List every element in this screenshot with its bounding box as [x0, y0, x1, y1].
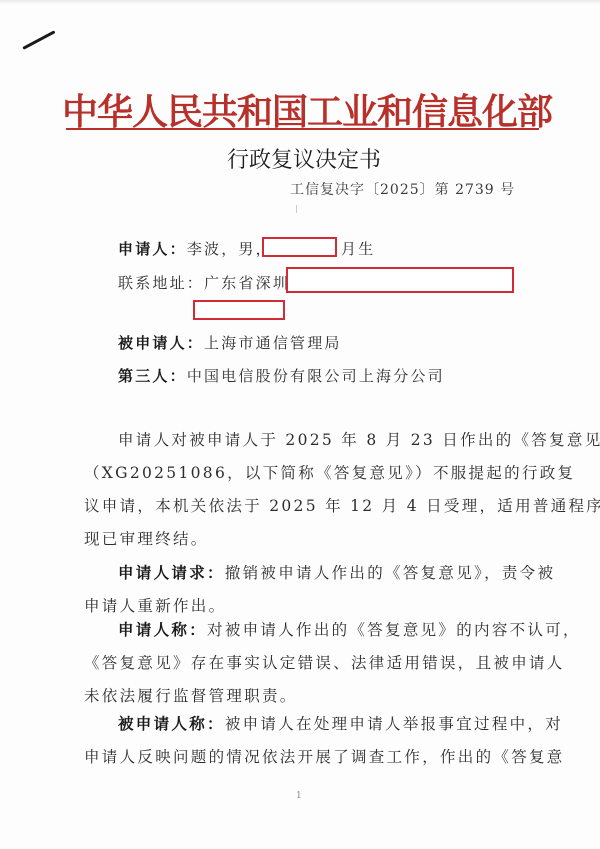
- respondent-label: 被申请人：: [118, 334, 204, 352]
- request-line-2: 申请人重新作出。: [84, 594, 226, 616]
- request-label: 申请人请求：: [118, 563, 225, 582]
- applicant-line: 申请人：李波，男，: [118, 238, 273, 259]
- third-party-value: 中国电信股份有限公司上海分公司: [187, 367, 445, 385]
- applicant-claims-line-1: 申请人称：对被申请人作出的《答复意见》的内容不认可，: [118, 618, 581, 640]
- respondent-line: 被申请人：上海市通信管理局: [118, 332, 342, 353]
- applicant-label: 申请人：: [118, 240, 187, 258]
- applicant-suffix: 月生: [341, 238, 375, 259]
- address-label: 联系地址：: [118, 274, 204, 292]
- third-party-line: 第三人：中国电信股份有限公司上海分公司: [118, 365, 445, 386]
- applicant-claims-line-2: 《答复意见》存在事实认定错误、法律适用错误，且被申请人: [84, 651, 565, 673]
- redaction-box-address-cont: [193, 300, 285, 320]
- respondent-value: 上海市通信管理局: [204, 334, 342, 352]
- intro-line-1: 申请人对被申请人于 2025 年 8 月 23 日作出的《答复意见》: [118, 428, 600, 450]
- applicant-value: 李波，男，: [187, 240, 273, 258]
- third-party-label: 第三人：: [118, 367, 187, 385]
- redaction-box-birthdate: [262, 237, 337, 257]
- applicant-claims-text: 对被申请人作出的《答复意见》的内容不认可，: [207, 621, 581, 639]
- intro-line-2: （XG20251086，以下简称《答复意见》）不服提起的行政复: [84, 461, 575, 483]
- respondent-claims-line-1: 被申请人称：被申请人在处理申请人举报事宜过程中，对: [118, 712, 563, 734]
- document-page: 中华人民共和国工业和信息化部 行政复议决定书 工信复决字〔2025〕第 2739…: [0, 0, 600, 849]
- document-title: 行政复议决定书: [0, 143, 600, 174]
- document-number: 工信复决字〔2025〕第 2739 号: [290, 179, 515, 199]
- intro-line-3: 议申请，本机关依法于 2025 年 12 月 4 日受理，适用普通程序，: [84, 494, 600, 516]
- header-rule: [66, 128, 539, 130]
- respondent-claims-line-2: 申请人反映问题的情况依法开展了调查工作，作出的《答复意: [84, 745, 565, 767]
- address-line: 联系地址：广东省深圳市: [118, 272, 307, 293]
- scan-edge: [0, 0, 600, 4]
- request-line-1: 申请人请求：撤销被申请人作出的《答复意见》，责令被: [118, 561, 555, 583]
- redaction-box-address: [286, 267, 514, 293]
- request-text: 撤销被申请人作出的《答复意见》，责令被: [225, 564, 555, 582]
- intro-line-4: 现已审理终结。: [84, 527, 209, 549]
- fold-mark: [296, 205, 297, 213]
- applicant-claims-line-3: 未依法履行监督管理职责。: [84, 684, 298, 706]
- respondent-claims-text: 被申请人在处理申请人举报事宜过程中，对: [225, 715, 563, 733]
- applicant-claims-label: 申请人称：: [118, 620, 207, 639]
- respondent-claims-label: 被申请人称：: [118, 714, 225, 733]
- page-number: 1: [296, 791, 302, 801]
- pen-mark: [22, 30, 55, 50]
